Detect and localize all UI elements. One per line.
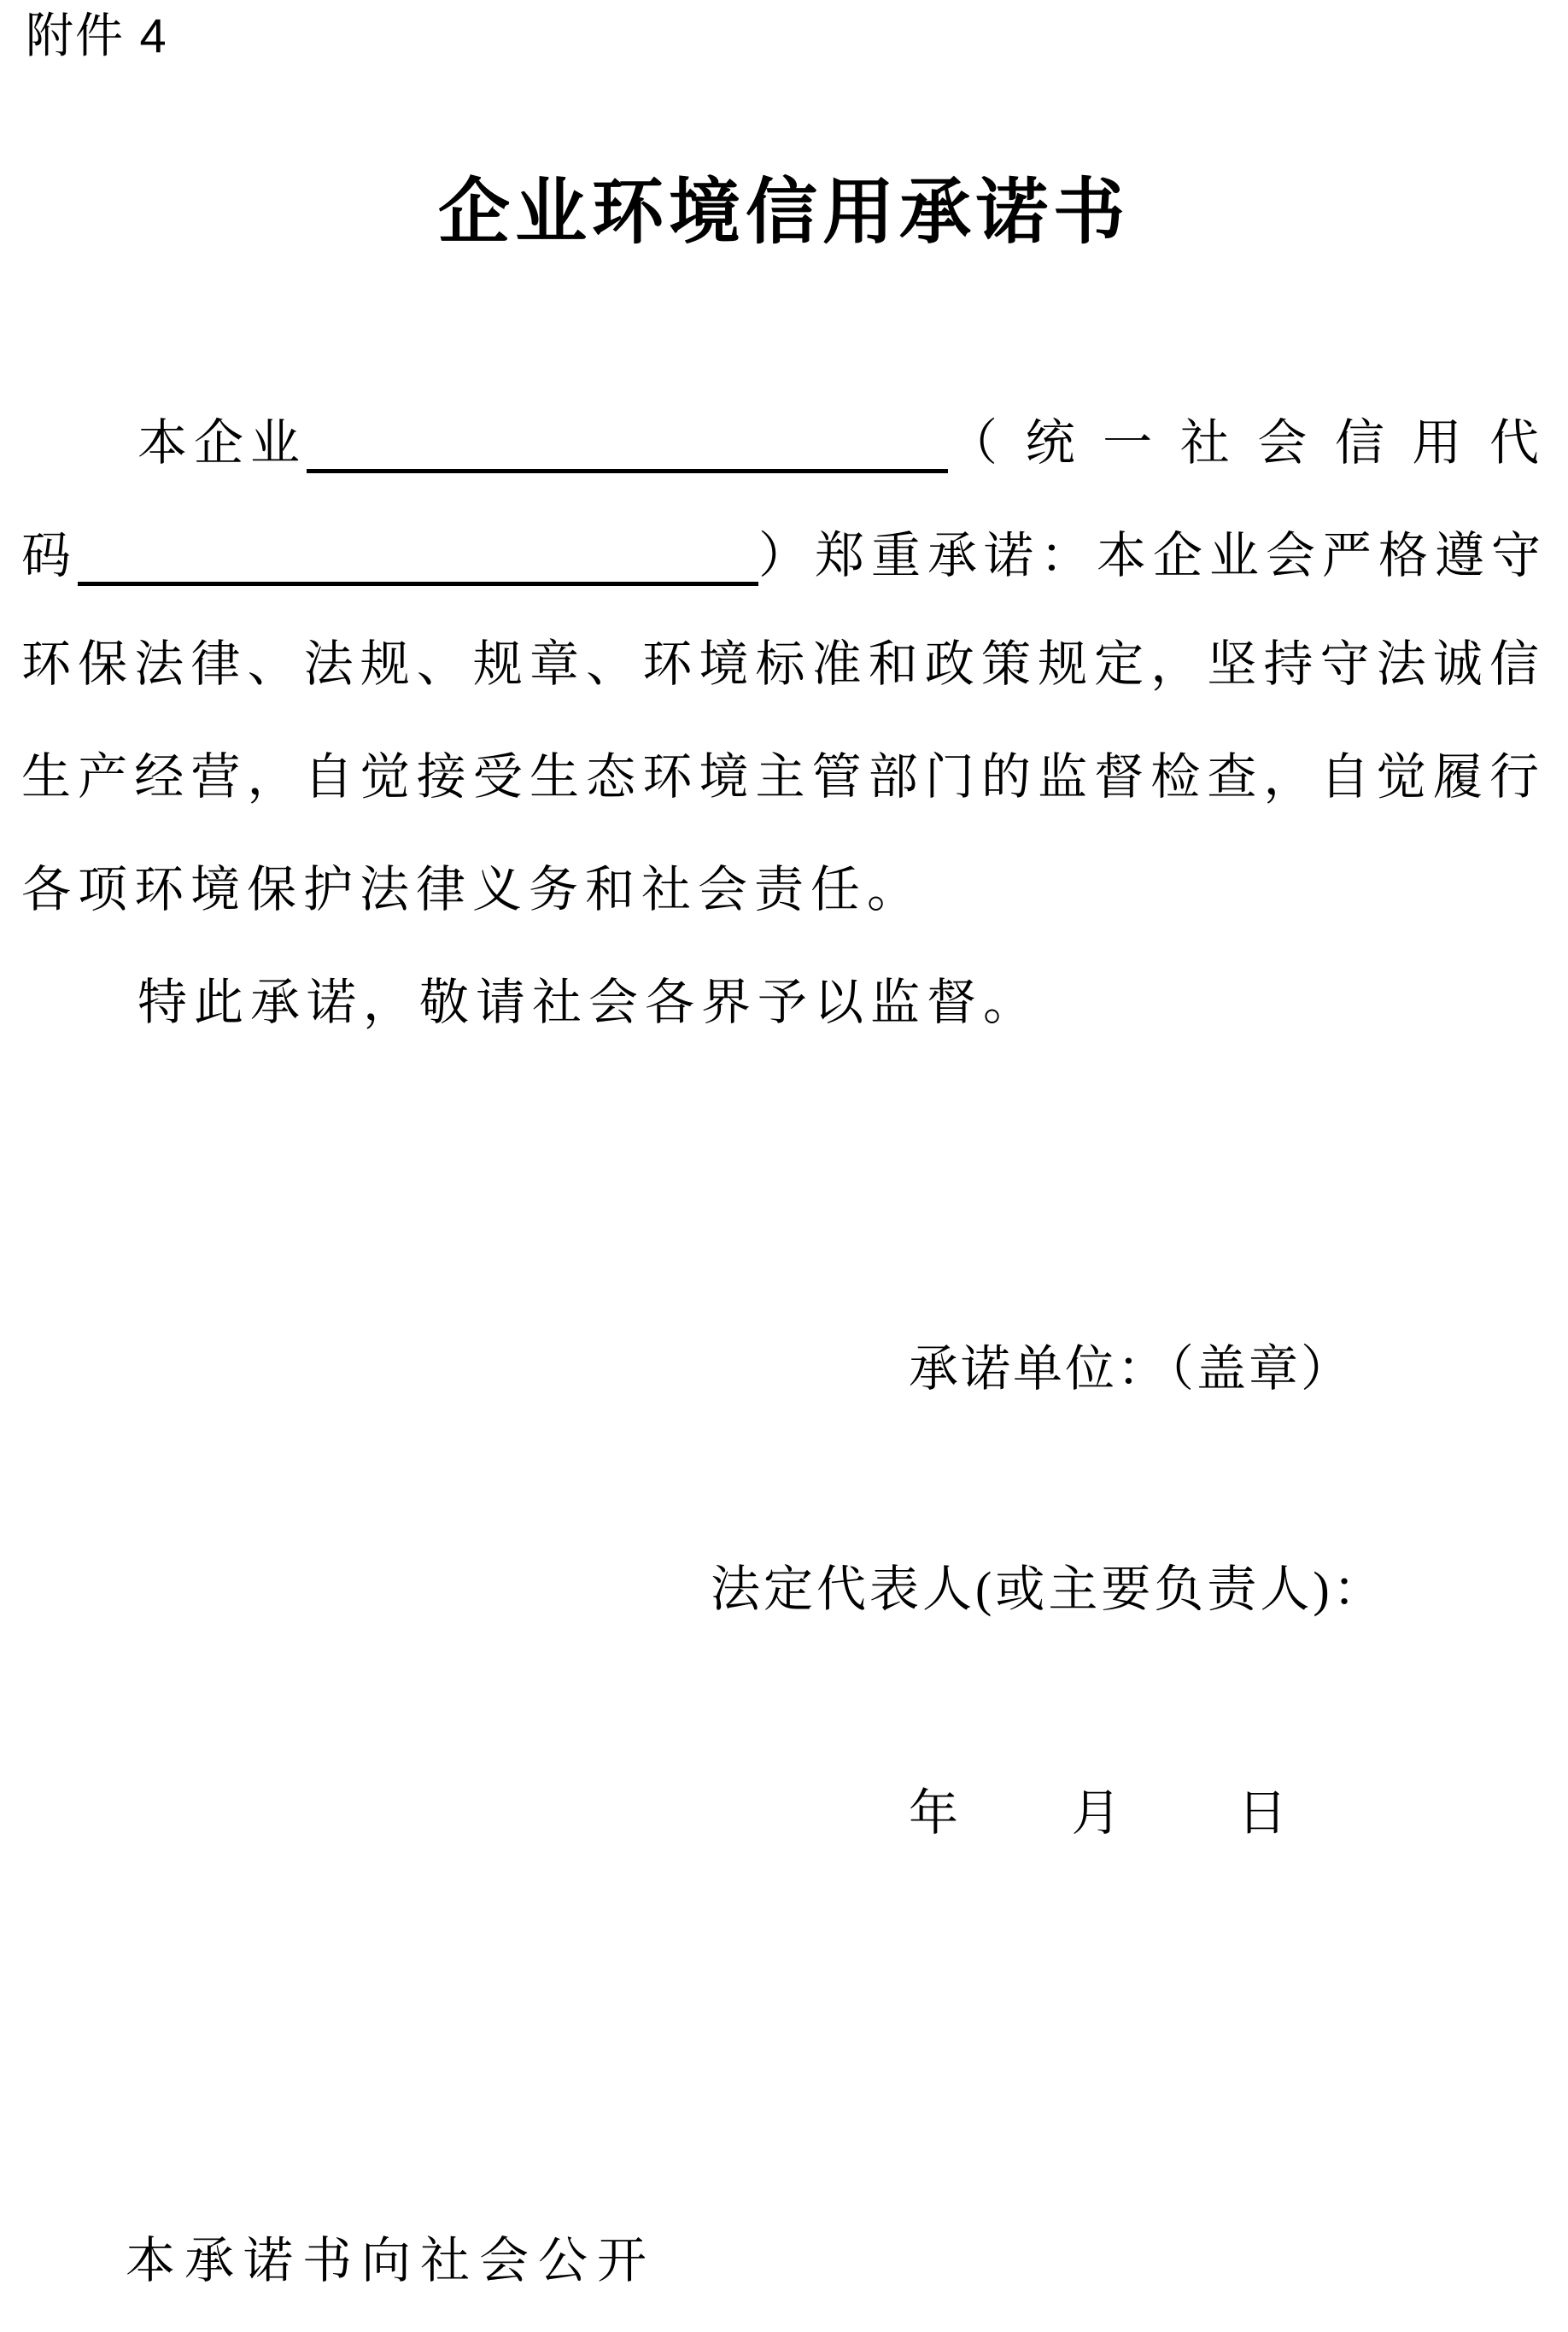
date-year-label: 年 [909,1785,958,1841]
signature-date-line: 年 月 日 [909,1784,1287,1843]
footer-public-disclosure-note: 本承诺书向社会公开 [21,2231,656,2291]
date-day-label: 日 [1237,1785,1287,1841]
body-line-3: 环保法律、法规、规章、环境标准和政策规定，坚持守法诚信 [21,608,1546,721]
body-line-1: 本企业 （统一社会信用代 [21,383,1546,495]
signature-legal-representative-label: 法定代表人(或主要负责人)： [711,1560,1386,1620]
body-line-5: 各项环境保护法律义务和社会责任。 [21,834,1546,946]
attachment-label: 附件 4 [26,7,168,64]
document-title: 企业环境信用承诺书 [0,174,1568,253]
body-line-2: 码 ）郑重承诺：本企业会严格遵守 [21,495,1546,608]
body-text: 本企业 （统一社会信用代 码 ）郑重承诺：本企业会严格遵守 环保法律、法规、规章… [21,383,1546,1059]
line1-prefix: 本企业 [137,419,307,495]
line1-suffix: （统一社会信用代 [948,419,1546,495]
blank-company-name[interactable] [307,469,948,473]
line2-prefix: 码 [21,531,78,608]
document-page: 附件 4 企业环境信用承诺书 本企业 （统一社会信用代 码 ）郑重承诺：本企业会… [0,0,1568,2332]
body-line-4: 生产经营，自觉接受生态环境主管部门的监督检查，自觉履行 [21,721,1546,834]
signature-unit-label: 承诺单位：（盖章） [909,1339,1353,1399]
body-paragraph-2: 特此承诺，敬请社会各界予以监督。 [21,946,1546,1059]
date-month-label: 月 [1072,1785,1121,1841]
blank-credit-code[interactable] [78,582,758,586]
line2-suffix: ）郑重承诺：本企业会严格遵守 [758,531,1548,608]
